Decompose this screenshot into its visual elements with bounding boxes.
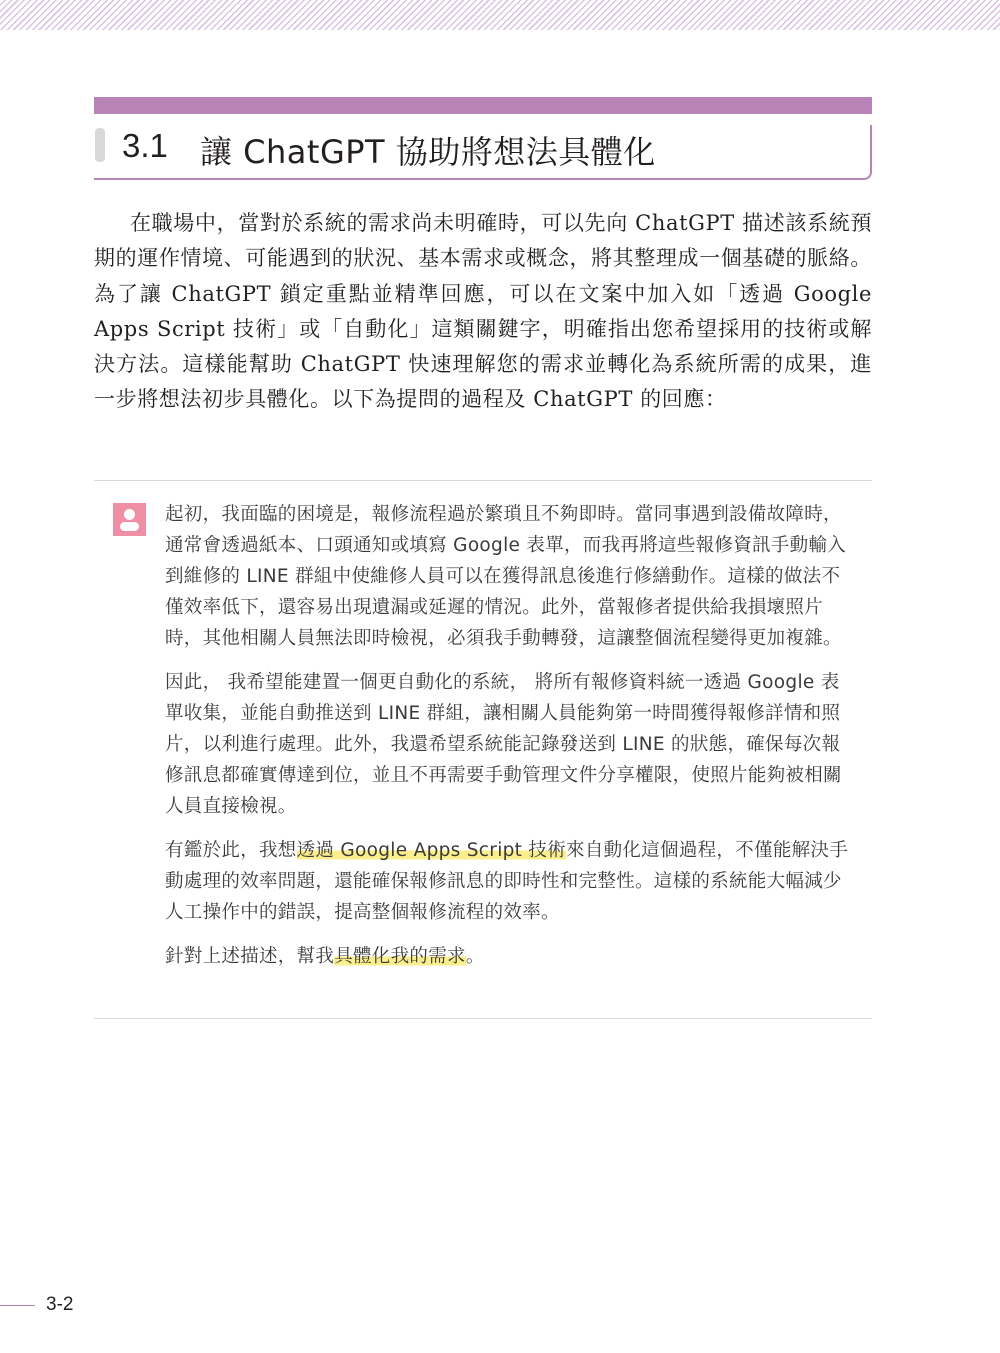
user-prompt: 起初，我面臨的困境是，報修流程過於繁瑣且不夠即時。當同事遇到設備故障時，通常會透… <box>165 499 857 985</box>
section-heading: 3.1 讓 ChatGPT 協助將想法具體化 <box>94 125 872 180</box>
user-icon-body <box>120 522 139 531</box>
prompt-paragraph-3: 有鑑於此，我想透過 Google Apps Script 技術來自動化這個過程，… <box>165 835 857 928</box>
heading-tab-marker <box>95 128 105 162</box>
prompt-paragraph-4: 針對上述描述，幫我具體化我的需求。 <box>165 941 857 972</box>
section-color-bar <box>94 97 872 114</box>
user-icon <box>124 509 135 520</box>
highlighted-keyword-request: 具體化我的需求 <box>334 946 466 967</box>
section-title: 讓 ChatGPT 協助將想法具體化 <box>200 127 656 173</box>
prompt-top-divider <box>94 480 872 481</box>
prompt-paragraph-2: 因此， 我希望能建置一個更自動化的系統， 將所有報修資料統一透過 Google … <box>165 667 857 822</box>
p4-text-after: 。 <box>466 946 485 967</box>
decorative-header-stripes <box>0 0 1000 30</box>
prompt-bottom-divider <box>94 1018 872 1019</box>
intro-paragraph: 在職場中，當對於系統的需求尚未明確時，可以先向 ChatGPT 描述該系統預期的… <box>94 206 872 418</box>
prompt-paragraph-1: 起初，我面臨的困境是，報修流程過於繁瑣且不夠即時。當同事遇到設備故障時，通常會透… <box>165 499 857 654</box>
user-avatar <box>113 503 146 536</box>
p4-text-before: 針對上述描述，幫我 <box>165 946 334 967</box>
p3-text-before: 有鑑於此，我想 <box>165 840 297 861</box>
section-number: 3.1 <box>122 127 168 165</box>
footer-rule <box>0 1305 35 1306</box>
highlighted-keyword-gas: 透過 Google Apps Script 技術 <box>297 840 566 861</box>
page-number: 3-2 <box>46 1294 73 1316</box>
